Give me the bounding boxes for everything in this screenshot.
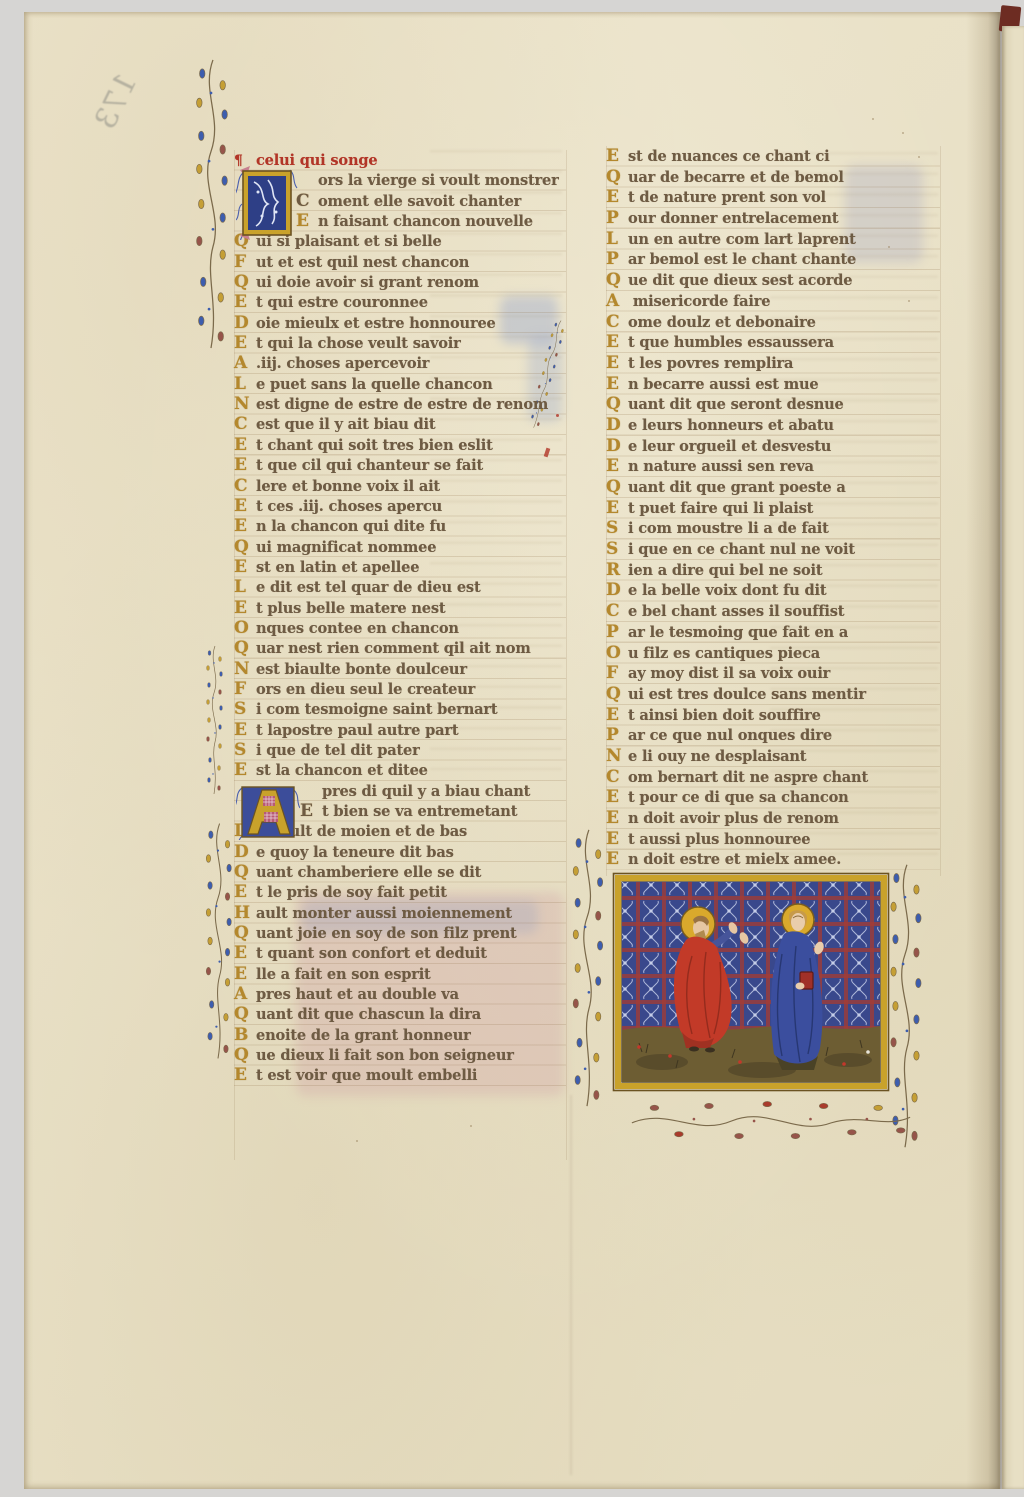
verse-line: Quant joie en soy de son filz prent — [234, 923, 566, 943]
versal-letter: N — [234, 659, 256, 679]
verse-text: ome doulz et debonaire — [628, 314, 816, 331]
versal-letter: H — [234, 903, 256, 923]
versal-letter: D — [234, 313, 256, 333]
verse-text: uant dit que seront desnue — [628, 396, 844, 413]
versal-letter: C — [606, 767, 628, 788]
versal-letter: E — [606, 829, 628, 850]
verse-text: i com moustre li a de fait — [628, 520, 829, 537]
versal-letter: F — [234, 679, 256, 699]
verse-text: t ainsi bien doit souffire — [628, 707, 821, 724]
verse-text: st en latin et apellee — [256, 559, 419, 576]
verse-text: n la chancon qui dite fu — [256, 518, 446, 535]
verse-line: Si com moustre li a de fait — [606, 518, 940, 539]
verse-text: t quant son confort et deduit — [256, 945, 487, 962]
verse-text: lere et bonne voix il ait — [256, 478, 440, 495]
verse-line: Quant dit que grant poeste a — [606, 477, 940, 498]
verse-text: ui est tres doulce sans mentir — [628, 686, 866, 703]
versal-letter: E — [234, 760, 256, 780]
verse-line: Et que humbles essaussera — [606, 332, 940, 353]
versal-letter: C — [234, 476, 256, 496]
versal-letter: P — [606, 622, 628, 643]
verse-line: Ou filz es cantiques pieca — [606, 643, 940, 664]
verse-line: Quant chamberiere elle se dit — [234, 862, 566, 882]
verse-text: est digne de estre de estre de renom — [256, 396, 548, 413]
versal-letter: B — [234, 1025, 256, 1045]
versal-letter: S — [234, 699, 256, 719]
verse-line: Par le tesmoing que fait en a — [606, 622, 940, 643]
verse-line: Que dit que dieux sest acorde — [606, 270, 940, 291]
verse-text: ay moy dist il sa voix ouir — [628, 665, 830, 682]
versal-letter: L — [234, 374, 256, 394]
verse-line: Est de nuances ce chant ci — [606, 146, 940, 167]
versal-letter: A — [234, 984, 256, 1004]
verse-line: Et que cil qui chanteur se fait — [234, 455, 566, 475]
verse-line: Clere et bonne voix il ait — [234, 476, 566, 496]
versal-letter: E — [234, 943, 256, 963]
verse-text: ui doie avoir si grant renom — [256, 274, 479, 291]
verse-text: ut et est quil nest chancon — [256, 254, 469, 271]
verse-text: t les povres remplira — [628, 355, 793, 372]
verse-line: Et aussi plus honnouree — [606, 829, 940, 850]
verse-line: Et de nature prent son vol — [606, 187, 940, 208]
versal-letter: Q — [234, 638, 256, 658]
red-lattice — [622, 882, 880, 1044]
verse-line: Et puet faire qui li plaist — [606, 498, 940, 519]
verse-text: e bel chant asses il souffist — [628, 603, 844, 620]
verse-text: uant dit que chascun la dira — [256, 1006, 481, 1023]
verse-line: Et qui estre couronnee — [234, 292, 566, 312]
versal-letter: E — [234, 455, 256, 475]
verse-line: Par ce que nul onques dire — [606, 725, 940, 746]
verse-line: Nest biaulte bonte doulceur — [234, 659, 566, 679]
verse-text: e la belle voix dont fu dit — [628, 582, 826, 599]
verse-line: Rien a dire qui bel ne soit — [606, 560, 940, 581]
versal-letter: E — [606, 332, 628, 353]
verse-line: Ce bel chant asses il souffist — [606, 601, 940, 622]
verse-text: nques contee en chancon — [256, 620, 459, 637]
versal-letter: E — [296, 211, 318, 231]
versal-letter: S — [234, 740, 256, 760]
versal-letter: E — [234, 1065, 256, 1085]
versal-letter: D — [234, 842, 256, 862]
verse-text: ue dieux li fait son bon seigneur — [256, 1047, 514, 1064]
verse-line: En la chancon qui dite fu — [234, 516, 566, 536]
verse-line: Et ces .iij. choses apercu — [234, 496, 566, 516]
verse-text: t lapostre paul autre part — [256, 722, 458, 739]
verse-text: uar nest rien comment qil ait nom — [256, 640, 531, 657]
versal-letter: E — [606, 498, 628, 519]
verse-text: e leur orgueil et desvestu — [628, 438, 831, 455]
verse-text: e quoy la teneure dit bas — [256, 844, 454, 861]
verse-line: Doie mieulx et estre honnouree — [234, 313, 566, 333]
verse-text: uant chamberiere elle se dit — [256, 864, 481, 881]
verse-line: Benoite de la grant honneur — [234, 1025, 566, 1045]
versal-letter: N — [606, 746, 628, 767]
verse-text: t plus belle matere nest — [256, 600, 445, 617]
verse-text: t puet faire qui li plaist — [628, 500, 813, 517]
versal-letter: O — [234, 618, 256, 638]
ivy-spray-left-top — [188, 58, 234, 350]
versal-letter: P — [606, 249, 628, 270]
verse-text: ien a dire qui bel ne soit — [628, 562, 822, 579]
versal-letter: S — [606, 539, 628, 560]
verse-line: En doit avoir plus de renom — [606, 808, 940, 829]
verse-text: our donner entrelacement — [628, 210, 838, 227]
verse-line: Et plus belle matere nest — [234, 598, 566, 618]
versal-letter: D — [606, 580, 628, 601]
verse-line: Quar de becarre et de bemol — [606, 167, 940, 188]
verse-line: Cest que il y ait biau dit — [234, 414, 566, 434]
versal-letter: L — [606, 229, 628, 250]
versal-letter: N — [234, 394, 256, 414]
verse-line: Et les povres remplira — [606, 353, 940, 374]
verse-line: A.iij. choses apercevoir — [234, 353, 566, 373]
next-folio-edge — [1002, 26, 1024, 1489]
verse-line: ors la vierge si voult monstrer — [296, 170, 566, 190]
verse-text: n becarre aussi est mue — [628, 376, 818, 393]
verse-text: oment elle savoit chanter — [318, 193, 521, 210]
verse-line: Qui doie avoir si grant renom — [234, 272, 566, 292]
verse-line: De quoy la teneure dit bas — [234, 842, 566, 862]
versal-letter: E — [234, 882, 256, 902]
verse-text: t est voir que moult embelli — [256, 1067, 477, 1084]
miniature-painting — [612, 872, 890, 1092]
verse-line: Le dit est tel quar de dieu est — [234, 577, 566, 597]
verse-line: Et chant qui soit tres bien eslit — [234, 435, 566, 455]
versal-letter: E — [606, 849, 628, 870]
verse-text: u filz es cantiques pieca — [628, 645, 820, 662]
versal-letter: A — [234, 353, 256, 373]
verse-line: De leurs honneurs et abatu — [606, 415, 940, 436]
verse-text: t le pris de soy fait petit — [256, 884, 447, 901]
verse-text: n doit estre et mielx amee. — [628, 851, 841, 868]
parchment-crease — [570, 1095, 572, 1475]
versal-letter: Q — [234, 1004, 256, 1024]
verse-text: ar le tesmoing que fait en a — [628, 624, 848, 641]
verse-text: est que il y ait biau dit — [256, 416, 435, 433]
versal-letter: A — [606, 291, 628, 312]
verse-text: t qui estre couronnee — [256, 294, 428, 311]
verse-text: .iij. choses apercevoir — [256, 355, 429, 372]
versal-letter: Q — [234, 923, 256, 943]
verse-text: n nature aussi sen reva — [628, 458, 814, 475]
verse-line: En nature aussi sen reva — [606, 456, 940, 477]
verse-line: Qui magnificat nommee — [234, 537, 566, 557]
verse-text: ar bemol est le chant chante — [628, 251, 856, 268]
versal-letter: E — [300, 801, 322, 821]
versal-letter: Q — [234, 862, 256, 882]
verse-text: t de nature prent son vol — [628, 189, 826, 206]
verse-line: Fay moy dist il sa voix ouir — [606, 663, 940, 684]
versal-letter: C — [234, 414, 256, 434]
verse-text: pres di quil y a biau chant — [322, 783, 530, 800]
verse-text: t qui la chose veult savoir — [256, 335, 461, 352]
red-pen-mark — [556, 414, 559, 417]
versal-letter: O — [606, 643, 628, 664]
ivy-spray-left-mid — [194, 645, 234, 795]
text-column-left: ¶celui qui songe ors la vierge si voult … — [234, 150, 566, 1086]
illuminated-initial-A — [236, 784, 300, 840]
verse-text: est biaulte bonte doulceur — [256, 661, 467, 678]
verse-text: st de nuances ce chant ci — [628, 148, 829, 165]
gutter-shadow — [966, 12, 1006, 1489]
versal-letter: P — [606, 208, 628, 229]
verse-text: i com tesmoigne saint bernart — [256, 701, 497, 718]
verse-text: ors la vierge si voult monstrer — [318, 172, 559, 189]
versal-letter: E — [606, 808, 628, 829]
verse-line: Si com tesmoigne saint bernart — [234, 699, 566, 719]
ivy-spray-bottom — [630, 1090, 912, 1152]
versal-letter: Q — [606, 270, 628, 291]
versal-letter: E — [234, 964, 256, 984]
versal-letter: F — [606, 663, 628, 684]
verse-text: e puet sans la quelle chancon — [256, 376, 493, 393]
verse-line: Qui est tres doulce sans mentir — [606, 684, 940, 705]
text-column-right: Est de nuances ce chant ci Quar de becar… — [606, 146, 940, 870]
versal-letter: P — [606, 725, 628, 746]
verse-line: Si que de tel dit pater — [234, 740, 566, 760]
verse-text: e li ouy ne desplaisant — [628, 748, 806, 765]
verse-text: st la chancon et ditee — [256, 762, 428, 779]
versal-letter: E — [234, 496, 256, 516]
verse-text: ue dit que dieux sest acorde — [628, 272, 852, 289]
verse-line: Fut et est quil nest chancon — [234, 252, 566, 272]
versal-letter: E — [234, 598, 256, 618]
verse-line: Fors en dieu seul le createur — [234, 679, 566, 699]
versal-letter: E — [606, 787, 628, 808]
verse-line: Pour donner entrelacement — [606, 208, 940, 229]
illuminated-initial-L — [236, 166, 298, 240]
verse-text: lle a fait en son esprit — [256, 966, 431, 983]
verse-line: Est en latin et apellee — [234, 557, 566, 577]
verse-line: Et qui la chose veult savoir — [234, 333, 566, 353]
versal-letter: Q — [234, 1045, 256, 1065]
verse-text: ors en dieu seul le createur — [256, 681, 475, 698]
versal-letter: E — [606, 456, 628, 477]
verse-text: n doit avoir plus de renom — [628, 810, 839, 827]
versal-letter: E — [606, 374, 628, 395]
verse-line: Quar nest rien comment qil ait nom — [234, 638, 566, 658]
verse-text: t que cil qui chanteur se fait — [256, 457, 483, 474]
verse-text: uant joie en soy de son filz prent — [256, 925, 517, 942]
versal-letter: R — [606, 560, 628, 581]
verse-text: ault monter aussi moiennement — [256, 905, 512, 922]
versal-letter: Q — [606, 394, 628, 415]
versal-letter: E — [234, 292, 256, 312]
verse-line: Elle a fait en son esprit — [234, 964, 566, 984]
verse-line: Hault monter aussi moiennement — [234, 903, 566, 923]
verse-line: Coment elle savoit chanter — [296, 191, 566, 211]
verse-text: t chant qui soit tres bien eslit — [256, 437, 493, 454]
verse-text: t pour ce di que sa chancon — [628, 789, 849, 806]
verse-line: Et bien se va entremetant — [300, 801, 566, 821]
verse-line: Est la chancon et ditee — [234, 760, 566, 780]
versal-letter: S — [606, 518, 628, 539]
verse-text: om bernart dit ne aspre chant — [628, 769, 868, 786]
verse-text: t ces .iij. choses apercu — [256, 498, 442, 515]
verse-line: Et est voir que moult embelli — [234, 1065, 566, 1085]
versal-letter: E — [606, 146, 628, 167]
versal-letter: L — [234, 577, 256, 597]
verse-line: Ne li ouy ne desplaisant — [606, 746, 940, 767]
verse-line: Le puet sans la quelle chancon — [234, 374, 566, 394]
verse-text: enoite de la grant honneur — [256, 1027, 471, 1044]
versal-letter: D — [606, 436, 628, 457]
verse-line: En becarre aussi est mue — [606, 374, 940, 395]
verse-line: Par bemol est le chant chante — [606, 249, 940, 270]
versal-letter: E — [606, 353, 628, 374]
verse-text: pres haut et au double va — [256, 986, 459, 1003]
verse-text: t bien se va entremetant — [322, 803, 517, 820]
verse-line: En doit estre et mielx amee. — [606, 849, 940, 870]
versal-letter: Q — [606, 477, 628, 498]
verse-text: uar de becarre et de bemol — [628, 169, 844, 186]
verse-line: Com bernart dit ne aspre chant — [606, 767, 940, 788]
verse-line: Que dieux li fait son bon seigneur — [234, 1045, 566, 1065]
versal-letter: E — [234, 435, 256, 455]
verse-line: Et quant son confort et deduit — [234, 943, 566, 963]
verse-text: i que de tel dit pater — [256, 742, 420, 759]
versal-letter: C — [606, 312, 628, 333]
verse-line: Si que en ce chant nul ne voit — [606, 539, 940, 560]
verse-line: Quant dit que seront desnue — [606, 394, 940, 415]
versal-letter: E — [606, 187, 628, 208]
verse-text: un en autre com lart laprent — [628, 231, 856, 248]
versal-letter: D — [606, 415, 628, 436]
verse-line: En faisant chancon nouvelle — [296, 211, 566, 231]
verse-text: t aussi plus honnouree — [628, 831, 810, 848]
ruling-line — [940, 146, 941, 876]
verse-line: Et pour ce di que sa chancon — [606, 787, 940, 808]
verse-line: pres di quil y a biau chant — [300, 781, 566, 801]
versal-letter: E — [234, 557, 256, 577]
verse-text: t que humbles essaussera — [628, 334, 834, 351]
verse-line: Et le pris de soy fait petit — [234, 882, 566, 902]
verse-line: Apres haut et au double va — [234, 984, 566, 1004]
verse-text: oie mieulx et estre honnouree — [256, 315, 496, 332]
versal-letter: Q — [606, 684, 628, 705]
verse-text: misericorde faire — [628, 293, 770, 310]
manuscript-scan: 173 — [0, 0, 1024, 1497]
verse-text: e leurs honneurs et abatu — [628, 417, 834, 434]
verse-line: Et ainsi bien doit souffire — [606, 705, 940, 726]
verse-line: Come doulz et debonaire — [606, 312, 940, 333]
versal-letter: Q — [234, 272, 256, 292]
verse-line: Nest digne de estre de estre de renom — [234, 394, 566, 414]
verse-line: Quant dit que chascun la dira — [234, 1004, 566, 1024]
verse-text: i que en ce chant nul ne voit — [628, 541, 855, 558]
verse-line: De leur orgueil et desvestu — [606, 436, 940, 457]
versal-letter: C — [296, 191, 318, 211]
versal-letter: C — [606, 601, 628, 622]
verse-text: n faisant chancon nouvelle — [318, 213, 533, 230]
versal-letter: F — [234, 252, 256, 272]
verse-line: A misericorde faire — [606, 291, 940, 312]
ivy-spray-miniature-left — [566, 828, 608, 1108]
verse-text: ar ce que nul onques dire — [628, 727, 832, 744]
verse-text: ui magnificat nommee — [256, 539, 436, 556]
verse-line: Et lapostre paul autre part — [234, 720, 566, 740]
versal-letter: E — [234, 333, 256, 353]
versal-letter: Q — [606, 167, 628, 188]
versal-letter: E — [606, 705, 628, 726]
versal-letter: E — [234, 720, 256, 740]
versal-letter: E — [234, 516, 256, 536]
versal-letter: Q — [234, 537, 256, 557]
verse-text: e dit est tel quar de dieu est — [256, 579, 481, 596]
verse-text: uant dit que grant poeste a — [628, 479, 846, 496]
verse-line: De la belle voix dont fu dit — [606, 580, 940, 601]
verse-line: Onques contee en chancon — [234, 618, 566, 638]
